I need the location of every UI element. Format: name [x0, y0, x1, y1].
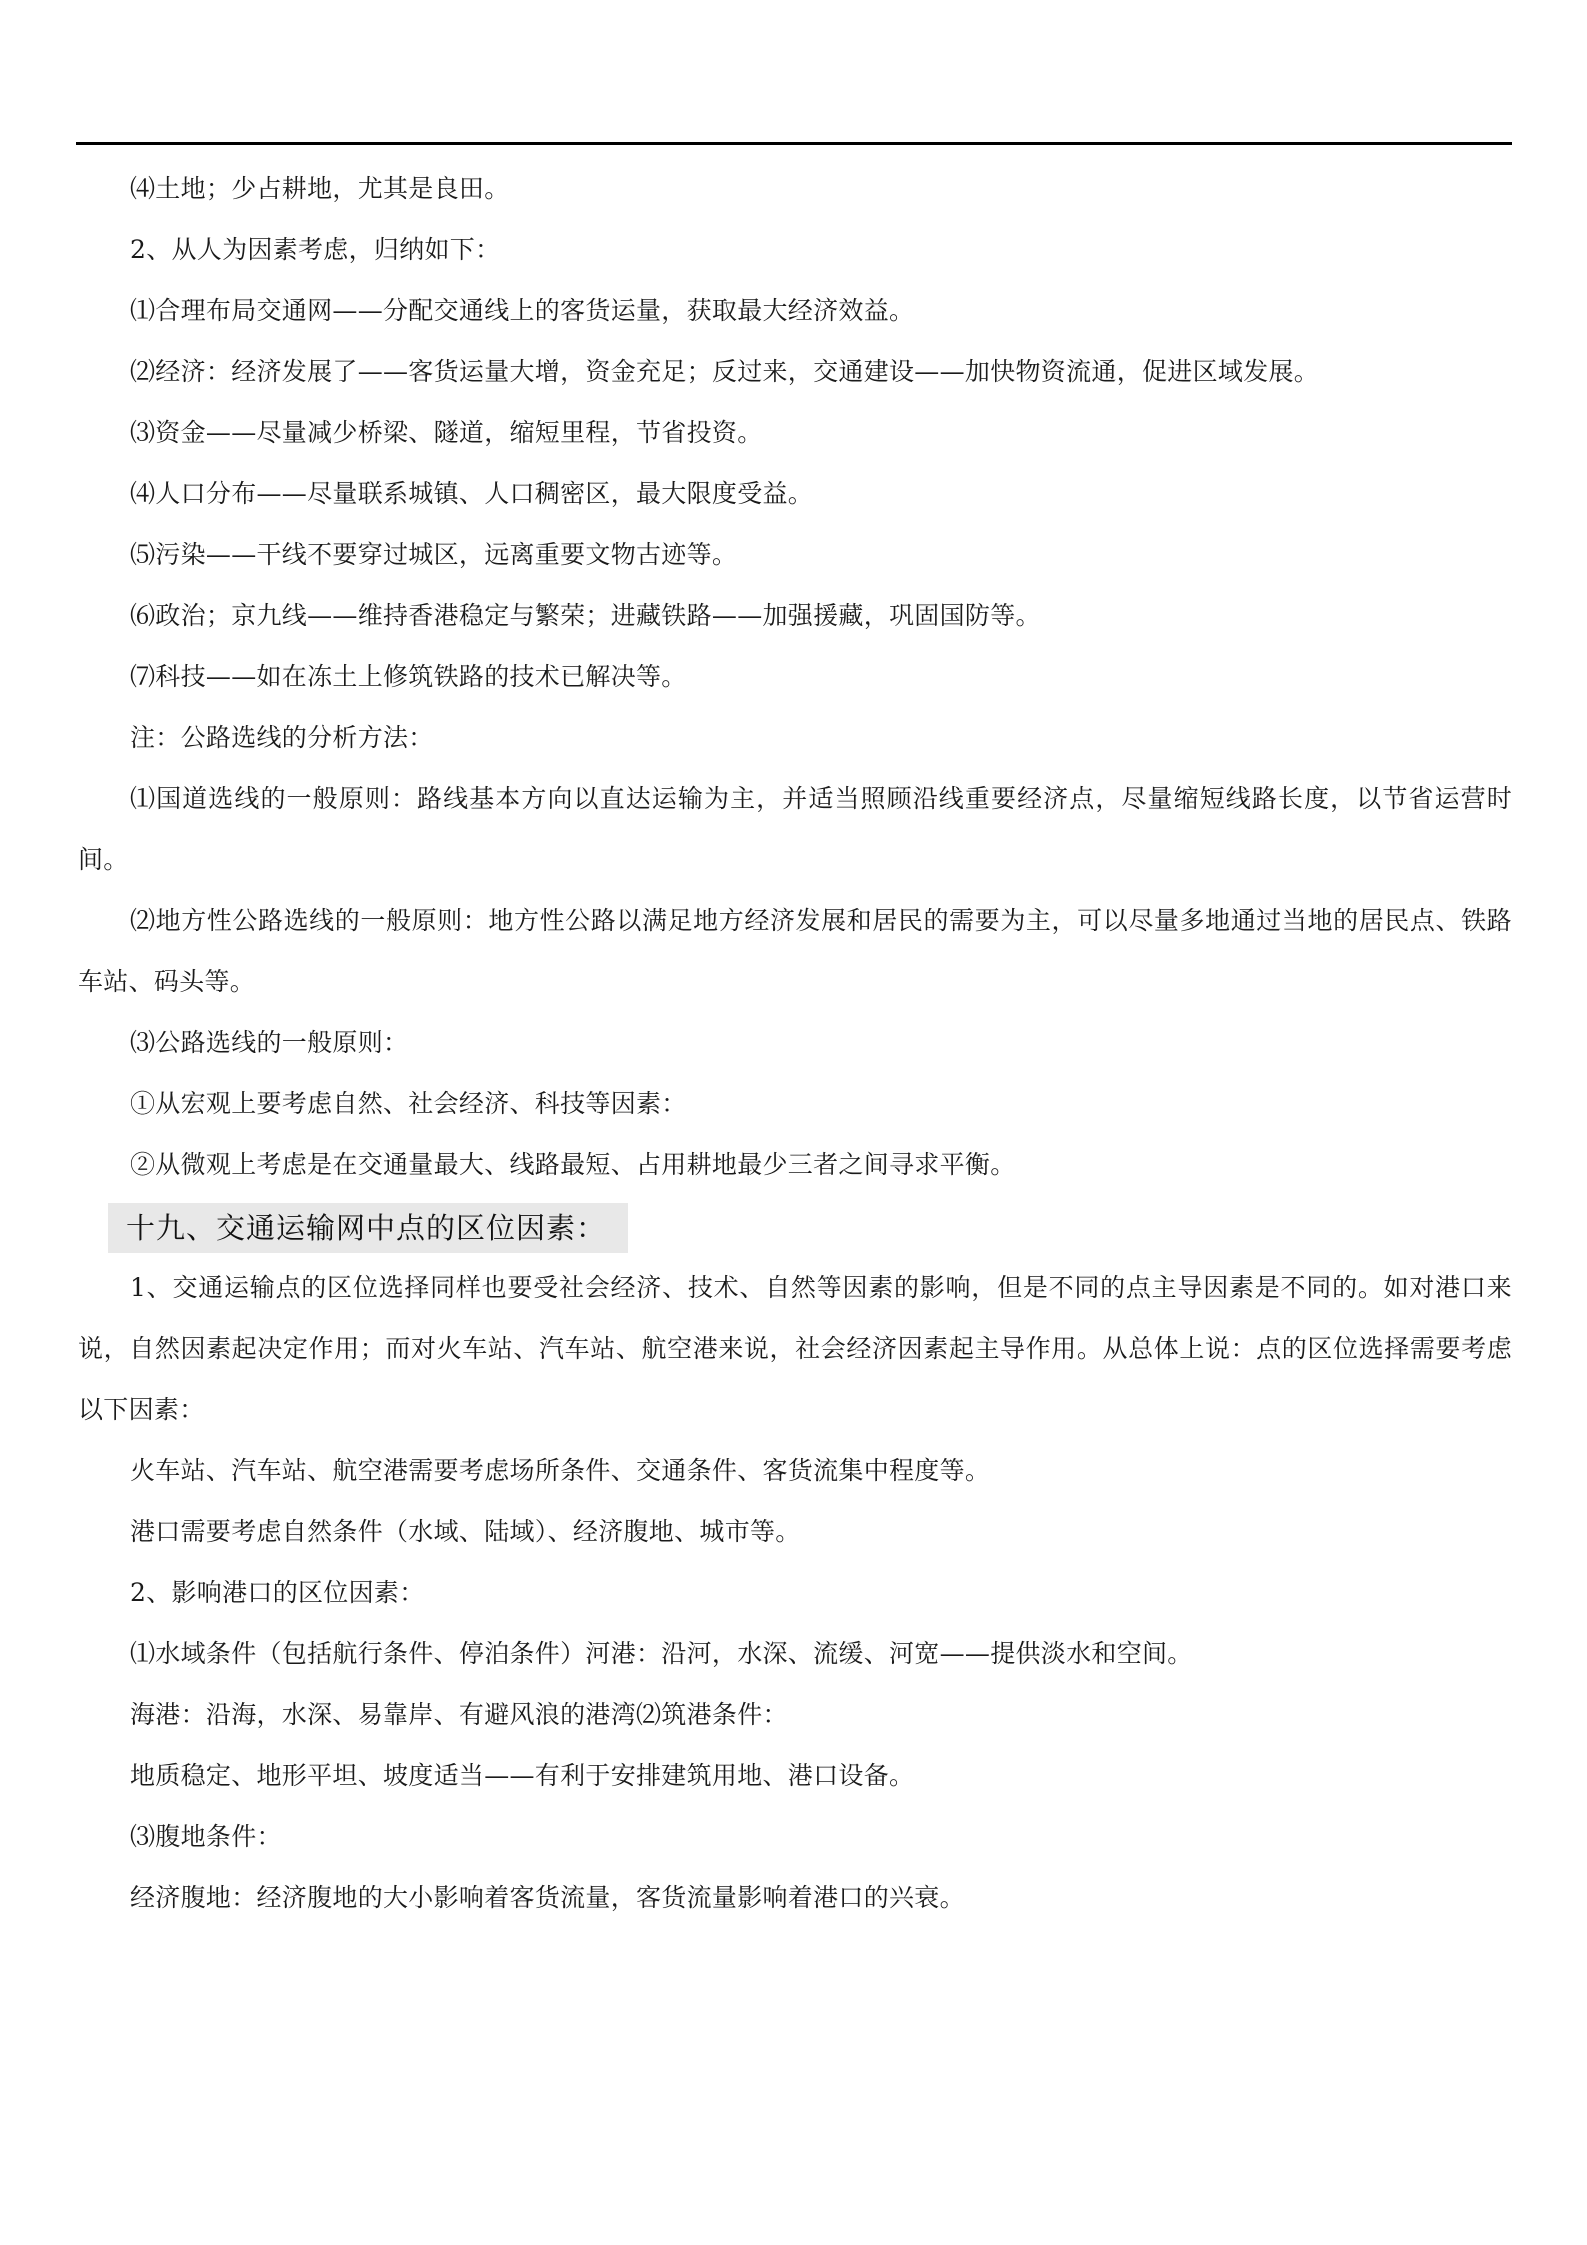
header-rule [76, 142, 1512, 145]
paragraph: ⑶资金——尽量减少桥梁、隧道，缩短里程，节省投资。 [78, 402, 1512, 463]
paragraph: ⑷人口分布——尽量联系城镇、人口稠密区，最大限度受益。 [78, 463, 1512, 524]
paragraph: 2、从人为因素考虑，归纳如下： [78, 219, 1512, 280]
paragraph: ⑹政治；京九线——维持香港稳定与繁荣；进藏铁路——加强援藏，巩固国防等。 [78, 585, 1512, 646]
paragraph: ⑴国道选线的一般原则：路线基本方向以直达运输为主，并适当照顾沿线重要经济点，尽量… [78, 768, 1512, 890]
section-heading-wrapper: 十九、交通运输网中点的区位因素： [108, 1203, 1512, 1253]
paragraph: ⑷土地；少占耕地，尤其是良田。 [78, 158, 1512, 219]
paragraph: 经济腹地：经济腹地的大小影响着客货流量，客货流量影响着港口的兴衰。 [78, 1867, 1512, 1928]
paragraph: ①从宏观上要考虑自然、社会经济、科技等因素： [78, 1073, 1512, 1134]
paragraph: ⑵地方性公路选线的一般原则：地方性公路以满足地方经济发展和居民的需要为主，可以尽… [78, 890, 1512, 1012]
paragraph: ⑸污染——干线不要穿过城区，远离重要文物古迹等。 [78, 524, 1512, 585]
section-heading: 十九、交通运输网中点的区位因素： [108, 1203, 628, 1253]
note-heading: 注：公路选线的分析方法： [78, 707, 1512, 768]
paragraph: 港口需要考虑自然条件（水域、陆域）、经济腹地、城市等。 [78, 1501, 1512, 1562]
paragraph: ⑶公路选线的一般原则： [78, 1012, 1512, 1073]
paragraph: 海港：沿海，水深、易靠岸、有避风浪的港湾⑵筑港条件： [78, 1684, 1512, 1745]
paragraph: 1、交通运输点的区位选择同样也要受社会经济、技术、自然等因素的影响，但是不同的点… [78, 1257, 1512, 1440]
paragraph: 火车站、汽车站、航空港需要考虑场所条件、交通条件、客货流集中程度等。 [78, 1440, 1512, 1501]
paragraph: ②从微观上考虑是在交通量最大、线路最短、占用耕地最少三者之间寻求平衡。 [78, 1134, 1512, 1195]
paragraph: ⑴合理布局交通网——分配交通线上的客货运量，获取最大经济效益。 [78, 280, 1512, 341]
paragraph: 2、影响港口的区位因素： [78, 1562, 1512, 1623]
paragraph: ⑶腹地条件： [78, 1806, 1512, 1867]
paragraph: ⑵经济：经济发展了——客货运量大增，资金充足；反过来，交通建设——加快物资流通，… [78, 341, 1512, 402]
document-page: ⑷土地；少占耕地，尤其是良田。 2、从人为因素考虑，归纳如下： ⑴合理布局交通网… [78, 158, 1512, 1928]
paragraph: ⑴水域条件（包括航行条件、停泊条件）河港：沿河，水深、流缓、河宽——提供淡水和空… [78, 1623, 1512, 1684]
paragraph: ⑺科技——如在冻土上修筑铁路的技术已解决等。 [78, 646, 1512, 707]
paragraph: 地质稳定、地形平坦、坡度适当——有利于安排建筑用地、港口设备。 [78, 1745, 1512, 1806]
